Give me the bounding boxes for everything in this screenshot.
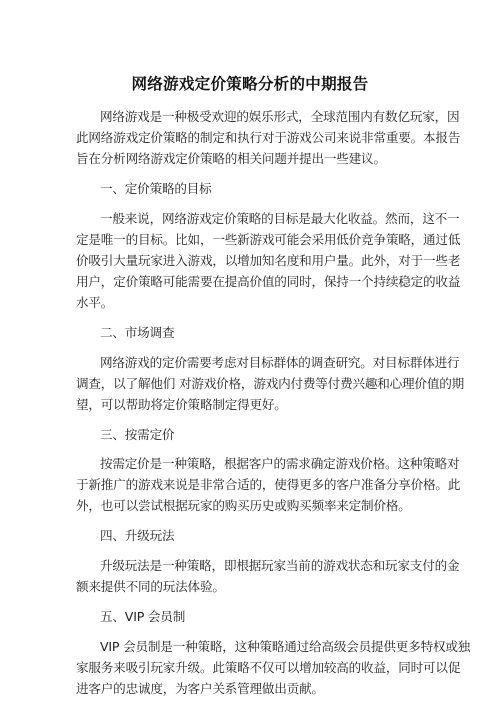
paragraph-line: 价吸引大量玩家进入游戏，以增加知名度和用户量。此外，对于一些老 xyxy=(76,251,418,271)
paragraph-line: VIP 会员制是一种策略，这种策略通过给高级会员提供更多特权或独 xyxy=(100,637,418,657)
section-heading: 一、定价策略的目标 xyxy=(100,179,442,199)
paragraph-line: 调查，以了解他们 对游戏价格，游戏内付费等付费兴趣和心理价值的期 xyxy=(76,374,418,394)
paragraph-line: 家服务来吸引玩家升级。此策略不仅可以增加较高的收益，同时可以促 xyxy=(76,658,418,678)
paragraph-line: 于新推广的游戏来说是非常合适的，使得更多的客户准备分享价格。此 xyxy=(76,475,418,495)
paragraph-line: 一般来说，网络游戏定价策略的目标是最大化收益。然而，这不一 xyxy=(100,209,418,229)
document-title: 网络游戏定价策略分析的中期报告 xyxy=(0,72,500,94)
paragraph-line: 升级玩法是一种策略，即根据玩家当前的游戏状态和玩家支付的金 xyxy=(100,556,418,576)
paragraph-line: 用户，定价策略可能需要在提高价值的同时，保持一个持续稳定的收益 xyxy=(76,272,418,292)
paragraph-line: 网络游戏是一种极受欢迎的娱乐形式，全球范围内有数亿玩家，因 xyxy=(100,107,418,127)
paragraph-line: 按需定价是一种策略，根据客户的需求确定游戏价格。这种策略对 xyxy=(100,454,418,474)
section-heading: 四、升级玩法 xyxy=(100,526,442,546)
paragraph-line: 旨在分析网络游戏定价策略的相关问题并提出一些建议。 xyxy=(76,149,418,169)
section-heading: 三、按需定价 xyxy=(100,425,442,445)
paragraph-line: 进客户的忠诚度，为客户关系管理做出贡献。 xyxy=(76,679,418,699)
paragraph-line: 水平。 xyxy=(76,293,418,313)
document-page: 网络游戏定价策略分析的中期报告 网络游戏是一种极受欢迎的娱乐形式，全球范围内有数… xyxy=(0,0,500,707)
section-heading: 二、市场调查 xyxy=(100,323,442,343)
paragraph-line: 额来提供不同的玩法体验。 xyxy=(76,577,418,597)
paragraph-line: 定是唯一的目标。比如，一些新游戏可能会采用低价竞争策略，通过低 xyxy=(76,230,418,250)
paragraph-line: 网络游戏的定价需要考虑对目标群体的调查研究。对目标群体进行 xyxy=(100,353,418,373)
section-heading: 五、VIP 会员制 xyxy=(100,607,442,627)
paragraph-line: 望，可以帮助将定价策略制定得更好。 xyxy=(76,395,418,415)
paragraph-line: 外，也可以尝试根据玩家的购买历史或购买频率来定制价格。 xyxy=(76,496,418,516)
paragraph-line: 此网络游戏定价策略的制定和执行对于游戏公司来说非常重要。本报告 xyxy=(76,128,418,148)
